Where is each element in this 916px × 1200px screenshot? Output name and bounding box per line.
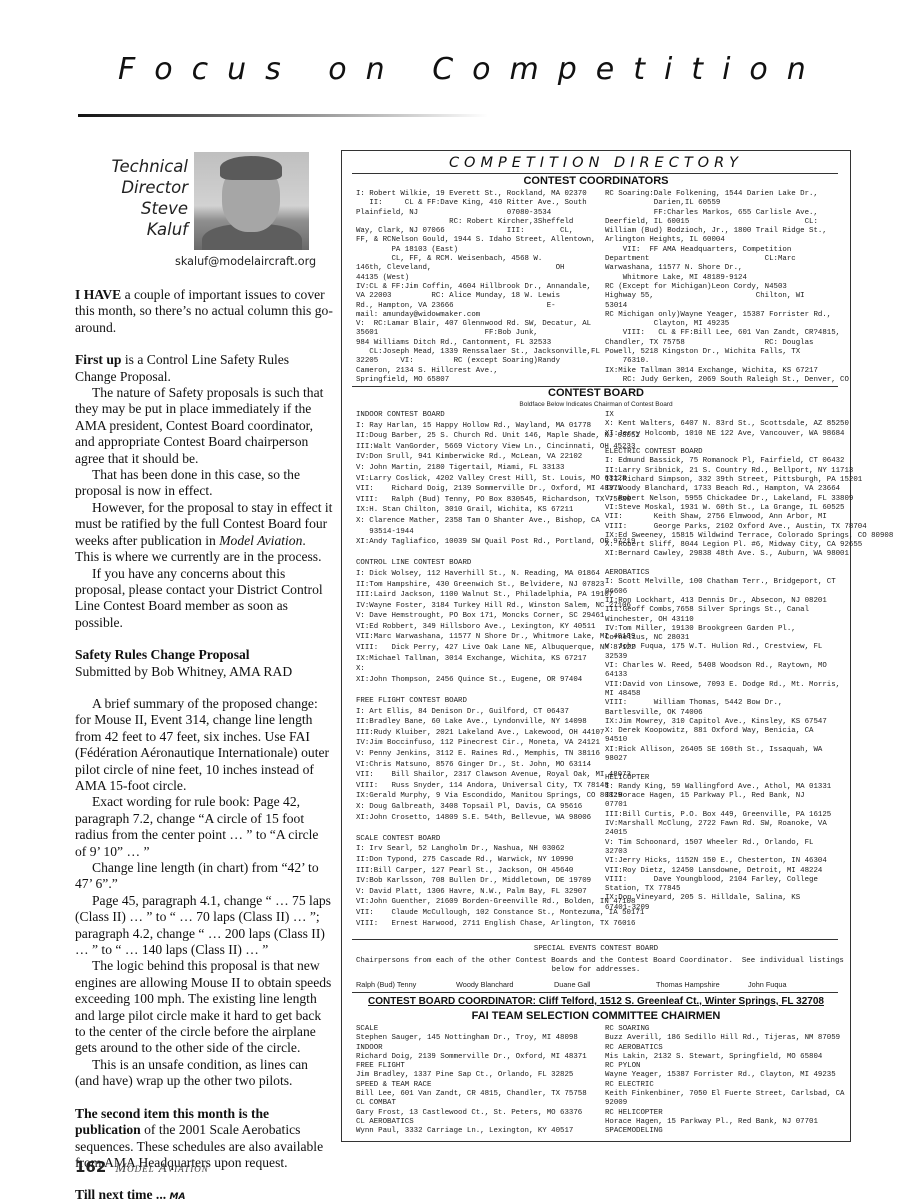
directory-entry: Winchester, OH 43110	[605, 616, 893, 625]
directory-entry: CL:Joseph Mead, 1339 Renssalaer St., Jac…	[356, 348, 600, 357]
fai-left-list: SCALEStephen Sauger, 145 Nottingham Dr.,…	[356, 1025, 587, 1137]
directory-entry: 53014	[605, 302, 849, 311]
directory-entry: Richard Doig, 2139 Sommerville Dr., Oxfo…	[356, 1053, 587, 1062]
directory-entry: II:Horace Hagen, 15 Parkway Pl., Red Ban…	[605, 792, 893, 801]
directory-entry: Cornelius, NC 28031	[605, 634, 893, 643]
directory-entry: III:Geoff Combs,7658 Silver Springs St.,…	[605, 606, 893, 615]
directory-entry: V: RC:Lamar Blair, 407 Glennwood Rd. SW,…	[356, 320, 600, 329]
directory-entry: X: Kent Walters, 6407 N. 83rd St., Scott…	[605, 420, 893, 429]
directory-entry: II:Ron Lockhart, 413 Dennis Dr., Absecon…	[605, 597, 893, 606]
fai-right-list: RC SOARINGBuzz Averill, 186 Sedillo Hill…	[605, 1025, 845, 1137]
directory-entry: IV:Bob Karlsson, 708 Bullen Dr., Middlet…	[356, 877, 644, 888]
directory-entry: CL, FF, & RCM. Weisenbach, 4568 W.	[356, 255, 600, 264]
directory-entry: Clayton, MI 49235	[605, 320, 849, 329]
directory-entry: VII: Claude McCullough, 102 Constance St…	[356, 909, 644, 920]
directory-entry: IV:Marshall McClung, 2722 Fawn Rd. SW, R…	[605, 820, 893, 829]
divider	[352, 992, 838, 993]
directory-entry: 67401-3209	[605, 904, 893, 913]
directory-entry: 32539	[605, 653, 893, 662]
directory-entry: V: Tim Schoonard, 1507 Wheeler Rd., Orla…	[605, 839, 893, 848]
directory-entry: I: Randy King, 59 Wallingford Ave., Atho…	[605, 783, 893, 792]
directory-entry: RC: Judy Gerken, 2069 South Raleigh St.,…	[605, 376, 849, 385]
directory-entry: 984 Williams Ditch Rd., Cantonment, FL 3…	[356, 339, 600, 348]
competition-directory: COMPETITION DIRECTORY CONTEST COORDINATO…	[341, 150, 851, 1142]
directory-entry: SPEED & TEAM RACE	[356, 1081, 587, 1090]
directory-entry: I: Robert Wilkie, 19 Everett St., Rockla…	[356, 190, 600, 199]
directory-entry: FF, & RCNelson Gould, 1944 S. Idaho Stre…	[356, 236, 600, 245]
directory-entry: V: David Platt, 1306 Havre, N.W., Palm B…	[356, 888, 644, 899]
directory-entry: VII: Richard Doig, 2139 Sommerville Dr.,…	[356, 485, 644, 496]
directory-entry	[356, 824, 644, 835]
directory-entry: IX:Ed Sweeney, 15815 Wildwind Terrace, C…	[605, 532, 893, 541]
paragraph: A brief summary of the proposed change: …	[75, 696, 333, 794]
directory-entry: SCALE CONTEST BOARD	[356, 835, 644, 846]
directory-entry: II:Tom Hampshire, 430 Greenwich St., Bel…	[356, 581, 644, 592]
directory-entry: VI:Ed Robbert, 349 Hillsboro Ave., Lexin…	[356, 623, 644, 634]
directory-entry: VIII: Ernest Harwood, 2711 English Chase…	[356, 920, 644, 931]
directory-entry: III:Bill Carper, 127 Pearl St., Jackson,…	[356, 867, 644, 878]
directory-entry: 06606	[605, 588, 893, 597]
directory-entry: 92009	[605, 1099, 845, 1108]
directory-entry: RC ELECTRIC	[605, 1081, 845, 1090]
directory-entry: Chandler, TX 75758 RC: Douglas	[605, 339, 849, 348]
directory-entry: mail: amunday@widowmaker.com	[356, 311, 600, 320]
directory-entry: I: Edmund Bassick, 75 Romanock Pl, Fairf…	[605, 457, 893, 466]
paragraph: This is an unsafe condition, as lines ca…	[75, 1057, 333, 1090]
coordinators-left-list: I: Robert Wilkie, 19 Everett St., Rockla…	[356, 190, 600, 385]
directory-entry: SCALE	[356, 1025, 587, 1034]
directory-entry: II:Doug Barber, 25 S. Church Rd. Unit 14…	[356, 432, 644, 443]
directory-entry: Plainfield, NJ 07080-3534	[356, 209, 600, 218]
directory-entry	[356, 686, 644, 697]
directory-entry: VA 22003 RC: Alice Munday, 18 W. Lewis	[356, 292, 600, 301]
directory-entry: 32205 VI: RC (except Soaring)Randy	[356, 357, 600, 366]
directory-entry: Bartlesville, OK 74006	[605, 709, 893, 718]
directory-entry: III:Laird Jackson, 1100 Walnut St., Phil…	[356, 591, 644, 602]
directory-entry: RC Soaring:Dale Folkening, 1544 Darien L…	[605, 190, 849, 199]
directory-entry: PA 18103 (East)	[356, 246, 600, 255]
directory-entry: XI:Andy Tagliafico, 10039 SW Quail Post …	[356, 538, 644, 549]
paragraph: Exact wording for rule book: Page 42, pa…	[75, 794, 333, 860]
author-block: Technical Director Steve Kaluf skaluf@mo…	[76, 150, 316, 270]
paragraph: If you have any concerns about this prop…	[75, 566, 333, 632]
directory-entry: VII: Keith Shaw, 2756 Elmwood, Ann Arbor…	[605, 513, 893, 522]
paragraph: Page 45, paragraph 4.1, change “ … 75 la…	[75, 893, 333, 959]
special-events-heading: SPECIAL EVENTS CONTEST BOARD	[342, 945, 850, 954]
chair-name: John Fuqua	[748, 980, 787, 989]
directory-entry: IV:Don Srull, 941 Kimberwicke Rd., McLea…	[356, 453, 644, 464]
directory-entry: I: Ray Harlan, 15 Happy Hollow Rd., Wayl…	[356, 422, 644, 433]
directory-entry: 93514-1944	[356, 528, 644, 539]
directory-entry: VII:David von Linsowe, 7093 E. Dodge Rd.…	[605, 681, 893, 690]
directory-entry: CL AEROBATICS	[356, 1118, 587, 1127]
contest-board-heading: CONTEST BOARD	[342, 387, 850, 399]
directory-entry: VI:John Guenther, 21609 Borden-Greenvill…	[356, 898, 644, 909]
paragraph: Change line length (in chart) from “42’ …	[75, 860, 333, 893]
directory-entry: 76310.	[605, 357, 849, 366]
directory-entry: I: Irv Searl, 52 Langholm Dr., Nashua, N…	[356, 845, 644, 856]
directory-entry: VIII: Dave Youngblood, 2104 Farley, Coll…	[605, 876, 893, 885]
directory-entry: IV:Tom Miller, 19130 Brookgreen Garden P…	[605, 625, 893, 634]
directory-entry: II:Larry Sribnick, 21 S. Country Rd., Be…	[605, 467, 893, 476]
directory-entry: RC (Except for Michigan)Leon Cordy, N450…	[605, 283, 849, 292]
article-body: I HAVE a couple of important issues to c…	[75, 287, 333, 1200]
directory-entry: Powell, 5218 Kingston Dr., Wichita Falls…	[605, 348, 849, 357]
directory-entry: V: Penny Jenkins, 3112 E. Raines Rd., Me…	[356, 750, 644, 761]
proposal-byline: Submitted by Bob Whitney, AMA RAD	[75, 664, 333, 680]
lead-in: First up	[75, 352, 121, 367]
directory-entry: VIII: Ralph (Bud) Tenny, PO Box 830545, …	[356, 496, 644, 507]
title-underline-rule	[78, 114, 488, 117]
directory-entry: V: John Fuqua, 175 W.T. Hulion Rd., Cres…	[605, 643, 893, 652]
directory-entry: Springfield, MO 65807	[356, 376, 600, 385]
directory-entry: Arlington Heights, IL 60004	[605, 236, 849, 245]
directory-entry: II:Bradley Bane, 60 Lake Ave., Lyndonvil…	[356, 718, 644, 729]
directory-entry: III:Bill Curtis, P.O. Box 449, Greenvill…	[605, 811, 893, 820]
photo-hair	[220, 156, 282, 180]
directory-entry: XI:Bernard Cawley, 29838 48th Ave. S., A…	[605, 550, 893, 559]
directory-entry: RC Michigan only)Wayne Yeager, 15387 For…	[605, 311, 849, 320]
directory-entry: Wynn Paul, 3332 Carriage Ln., Lexington,…	[356, 1127, 587, 1136]
board-left-list: INDOOR CONTEST BOARDI: Ray Harlan, 15 Ha…	[356, 411, 644, 930]
directory-entry	[605, 764, 893, 773]
directory-entry: CONTROL LINE CONTEST BOARD	[356, 559, 644, 570]
divider	[352, 939, 838, 940]
directory-entry: V: Robert Nelson, 5955 Chickadee Dr., La…	[605, 495, 893, 504]
directory-entry: III:Rudy Kluiber, 2021 Lakeland Ave., La…	[356, 729, 644, 740]
section-title: Focus on Competition	[118, 52, 838, 87]
directory-entry: Department CL:Marc	[605, 255, 849, 264]
directory-entry: III:Walt VanGorder, 5669 Victory View Ln…	[356, 443, 644, 454]
directory-entry: IV:CL & FF:Jim Coffin, 4604 Hillbrook Dr…	[356, 283, 600, 292]
directory-entry: II:Don Typond, 275 Cascade Rd., Warwick,…	[356, 856, 644, 867]
directory-entry: IX:Don Vineyard, 205 S. Hilldale, Salina…	[605, 894, 893, 903]
directory-title: COMPETITION DIRECTORY	[342, 155, 850, 171]
closing-text: Till next time ...	[75, 1187, 166, 1200]
directory-entry: IV:Wayne Foster, 3184 Turkey Hill Rd., W…	[356, 602, 644, 613]
directory-entry: Highway 55, Chilton, WI	[605, 292, 849, 301]
directory-entry: INDOOR	[356, 1044, 587, 1053]
directory-entry: II: CL & FF:Dave King, 410 Ritter Ave., …	[356, 199, 600, 208]
directory-entry: VI:Steve Moskal, 1931 W. 60th St., La Gr…	[605, 504, 893, 513]
directory-entry: VIII: William Thomas, 5442 Bow Dr.,	[605, 699, 893, 708]
directory-entry: 98027	[605, 755, 893, 764]
fai-heading: FAI TEAM SELECTION COMMITTEE CHAIRMEN	[342, 1010, 850, 1022]
directory-entry: SPACEMODELING	[605, 1127, 845, 1136]
directory-entry: VI: Charles W. Reed, 5408 Woodson Rd., R…	[605, 662, 893, 671]
directory-entry: 146th, Cleveland, OH	[356, 264, 600, 273]
directory-entry: XI:John Crosetto, 14809 S.E. 54th, Belle…	[356, 814, 644, 825]
directory-entry: I: Dick Wolsey, 112 Haverhill St., N. Re…	[356, 570, 644, 581]
author-photo	[194, 152, 309, 250]
directory-entry: Gary Frost, 13 Castlewood Ct., St. Peter…	[356, 1109, 587, 1118]
byline-line: Technical	[111, 156, 188, 177]
directory-entry: IX:H. Stan Chilton, 3010 Grail, Wichita,…	[356, 506, 644, 517]
page-footer: 162 Model Aviation	[75, 1158, 209, 1177]
directory-entry: 35601 FF:Bob Junk,	[356, 329, 600, 338]
lead-in: I HAVE	[75, 287, 121, 302]
directory-entry: V: John Martin, 2180 Tigertail, Miami, F…	[356, 464, 644, 475]
directory-entry: VII:Marc Warwashana, 11577 N Shore Dr., …	[356, 633, 644, 644]
directory-entry: HELICOPTER	[605, 774, 893, 783]
directory-entry: MI 48458	[605, 690, 893, 699]
proposal-title: Safety Rules Change Proposal	[75, 647, 333, 663]
directory-entry: Jim Bradley, 1337 Pine Sap Ct., Orlando,…	[356, 1071, 587, 1080]
byline-line: Director	[111, 177, 188, 198]
directory-entry: IV:Woody Blanchard, 1733 Beach Rd., Hamp…	[605, 485, 893, 494]
directory-entry: Warwashana, 11577 N. Shore Dr.,	[605, 264, 849, 273]
directory-entry: I: Scott Melville, 100 Chatham Terr., Br…	[605, 578, 893, 587]
directory-entry: ELECTRIC CONTEST BOARD	[605, 448, 893, 457]
directory-entry: RC AEROBATICS	[605, 1044, 845, 1053]
directory-entry: FF:Charles Markos, 655 Carlisle Ave.,	[605, 209, 849, 218]
directory-entry: Bill Lee, 601 Van Zandt, CR 4815, Chandl…	[356, 1090, 587, 1099]
directory-entry: Wayne Yeager, 15387 Forrister Rd., Clayt…	[605, 1071, 845, 1080]
paragraph: The nature of Safety proposals is such t…	[75, 385, 333, 467]
paragraph: I HAVE a couple of important issues to c…	[75, 287, 333, 336]
directory-entry: IX:Mike Tallman 3014 Exchange, Wichita, …	[605, 367, 849, 376]
magazine-name: Model Aviation	[115, 1160, 208, 1175]
directory-entry: VIII: Russ Snyder, 114 Andora, Universal…	[356, 782, 644, 793]
chair-name: Duane Gall	[554, 980, 591, 989]
ma-end-mark-icon: MA	[170, 1192, 186, 1200]
byline-line: Steve	[111, 198, 188, 219]
directory-entry: FREE FLIGHT CONTEST BOARD	[356, 697, 644, 708]
directory-entry: XI:Rick Allison, 26405 SE 160th St., Iss…	[605, 746, 893, 755]
directory-entry: FREE FLIGHT	[356, 1062, 587, 1071]
directory-entry: X: Doug Galbreath, 3408 Topsail Pl, Davi…	[356, 803, 644, 814]
chair-name: Ralph (Bud) Tenny	[356, 980, 416, 989]
chair-name: Woody Blanchard	[456, 980, 513, 989]
board-coordinator: CONTEST BOARD COORDINATOR: Cliff Telford…	[342, 996, 850, 1007]
directory-entry: 44135 (West)	[356, 274, 600, 283]
directory-entry: XI:John Thompson, 2456 Quince St., Eugen…	[356, 676, 644, 687]
directory-entry	[605, 560, 893, 569]
directory-entry: Mis Lakin, 2132 S. Stewart, Springfield,…	[605, 1053, 845, 1062]
directory-entry: 64133	[605, 671, 893, 680]
closing: Till next time ... MA	[75, 1187, 333, 1200]
proposal-title-text: Safety Rules Change Proposal	[75, 647, 250, 662]
directory-entry: VIII: Dick Perry, 427 Live Oak Lane NE, …	[356, 644, 644, 655]
author-email-link[interactable]: skaluf@modelaircraft.org	[175, 255, 316, 268]
directory-entry: Buzz Averill, 186 Sedillo Hill Rd., Tije…	[605, 1034, 845, 1043]
directory-entry: Deerfield, IL 60015 CL:	[605, 218, 849, 227]
directory-entry: RC: Robert Kircher,3Sheffeld	[356, 218, 600, 227]
directory-entry: X: Clarence Mather, 2358 Tam O Shanter A…	[356, 517, 644, 528]
directory-entry: Cameron, 2134 S. Hillcrest Ave.,	[356, 367, 600, 376]
directory-entry: VI:Jerry Hicks, 1152N 150 E., Chesterton…	[605, 857, 893, 866]
magazine-title: Model Aviation	[219, 533, 302, 548]
directory-entry: VIII: George Parks, 2102 Oxford Ave., Au…	[605, 523, 893, 532]
directory-entry: Stephen Sauger, 145 Nottingham Dr., Troy…	[356, 1034, 587, 1043]
directory-entry: William (Bud) Bodzioch, Jr., 1800 Trail …	[605, 227, 849, 236]
directory-entry: CL COMBAT	[356, 1099, 587, 1108]
directory-entry: VIII: CL & FF:Bill Lee, 601 Van Zandt, C…	[605, 329, 849, 338]
byline-line: Kaluf	[111, 219, 188, 240]
directory-entry: 24015	[605, 829, 893, 838]
coordinators-heading: CONTEST COORDINATORS	[342, 175, 850, 187]
directory-entry: XI:Jerry Holcomb, 1010 NE 122 Ave, Vanco…	[605, 430, 893, 439]
paragraph: That has been done in this case, so the …	[75, 467, 333, 500]
directory-entry: RC SOARING	[605, 1025, 845, 1034]
directory-entry: AEROBATICS	[605, 569, 893, 578]
directory-entry: X: Derek Koopowitz, 881 Oxford Way, Beni…	[605, 727, 893, 736]
directory-entry: IX:Jim Mowrey, 310 Capitol Ave., Kinsley…	[605, 718, 893, 727]
directory-entry	[356, 549, 644, 560]
directory-entry: Keith Finkenbiner, 7050 El Fuerte Street…	[605, 1090, 845, 1099]
board-right-list: IXX: Kent Walters, 6407 N. 83rd St., Sco…	[605, 411, 893, 913]
directory-entry: VI:Larry Coslick, 4202 Valley Crest Hill…	[356, 475, 644, 486]
paragraph: The logic behind this proposal is that n…	[75, 958, 333, 1056]
directory-entry: RC HELICOPTER	[605, 1109, 845, 1118]
directory-entry: Whitmore Lake, MI 48189-9124	[605, 274, 849, 283]
directory-entry: VII: Bill Shailor, 2317 Clawson Avenue, …	[356, 771, 644, 782]
directory-entry: X:	[356, 665, 644, 676]
paragraph: However, for the proposal to stay in eff…	[75, 500, 333, 566]
directory-entry: Way, Clark, NJ 07066 III: CL,	[356, 227, 600, 236]
divider	[352, 173, 838, 174]
directory-entry: INDOOR CONTEST BOARD	[356, 411, 644, 422]
directory-entry: 32703	[605, 848, 893, 857]
directory-entry: Darien,IL 60559	[605, 199, 849, 208]
paragraph: First up is a Control Line Safety Rules …	[75, 352, 333, 385]
directory-entry: I: Art Ellis, 84 Denison Dr., Guilford, …	[356, 708, 644, 719]
chair-name: Thomas Hampshire	[656, 980, 720, 989]
contest-board-subheading: Boldface Below Indicates Chairman of Con…	[342, 401, 850, 408]
directory-entry: VII: FF AMA Headquarters, Competition	[605, 246, 849, 255]
page-number: 162	[75, 1158, 106, 1176]
directory-entry: IX:Michael Tallman, 3014 Exchange, Wichi…	[356, 655, 644, 666]
directory-entry: IV:Jim Boccinfuso, 112 Pinecrest Cir., M…	[356, 739, 644, 750]
directory-entry: X: Robert Sliff, 8044 Legion Pl. #6, Mid…	[605, 541, 893, 550]
directory-entry: RC PYLON	[605, 1062, 845, 1071]
directory-entry: IX	[605, 411, 893, 420]
special-events-note-cont: below for addresses.	[342, 966, 850, 975]
directory-entry: Station, TX 77845	[605, 885, 893, 894]
directory-entry: 94510	[605, 736, 893, 745]
directory-entry: V: Dave Hemstrought, PO Box 171, Moncks …	[356, 612, 644, 623]
directory-entry: IX:Gerald Murphy, 9 Via Escondido, Manit…	[356, 792, 644, 803]
author-byline: Technical Director Steve Kaluf	[111, 156, 188, 240]
directory-entry: III:Richard Simpson, 332 39th Street, Pi…	[605, 476, 893, 485]
directory-entry: 07701	[605, 801, 893, 810]
directory-entry: VI:Chris Matsuno, 8576 Ginger Dr., St. J…	[356, 761, 644, 772]
directory-entry	[605, 439, 893, 448]
special-events-note: Chairpersons from each of the other Cont…	[356, 957, 844, 966]
directory-entry: Horace Hagen, 15 Parkway Pl., Red Bank, …	[605, 1118, 845, 1127]
directory-entry: Rd., Hampton, VA 23666 E-	[356, 302, 600, 311]
directory-entry: VII:Roy Dietz, 12450 Lansdowne, Detroit,…	[605, 867, 893, 876]
coordinators-right-list: RC Soaring:Dale Folkening, 1544 Darien L…	[605, 190, 849, 385]
